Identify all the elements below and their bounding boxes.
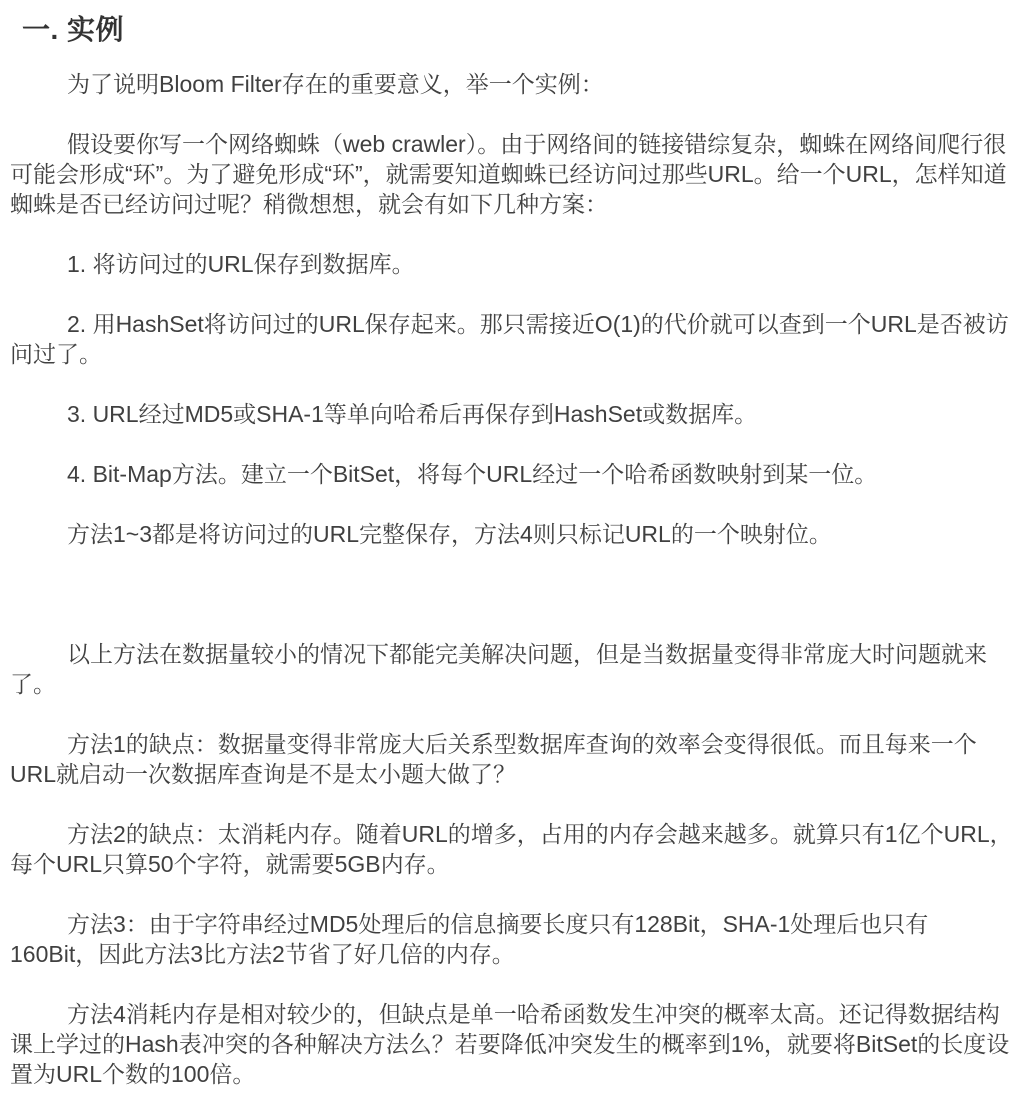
paragraph-method-4-drawback: 方法4消耗内存是相对较少的，但缺点是单一哈希函数发生冲突的概率太高。还记得数据结… [10,999,1015,1089]
paragraph-method-1: 1. 将访问过的URL保存到数据库。 [10,249,1015,279]
article: 一. 实例 为了说明Bloom Filter存在的重要意义，举一个实例： 假设要… [0,0,1033,1089]
paragraph-intro: 为了说明Bloom Filter存在的重要意义，举一个实例： [10,69,1015,99]
paragraph-crawler-example: 假设要你写一个网络蜘蛛（web crawler）。由于网络间的链接错综复杂，蜘蛛… [10,129,1015,219]
paragraph-method-3-drawback: 方法3：由于字符串经过MD5处理后的信息摘要长度只有128Bit，SHA-1处理… [10,909,1015,969]
section-heading: 一. 实例 [22,12,1015,48]
paragraph-methods-summary: 方法1~3都是将访问过的URL完整保存，方法4则只标记URL的一个映射位。 [10,519,1015,549]
page: { "page": { "background": "#ffffff", "bo… [0,0,1033,1096]
paragraph-blank [10,579,1015,609]
paragraph-method-4: 4. Bit-Map方法。建立一个BitSet，将每个URL经过一个哈希函数映射… [10,459,1015,489]
paragraph-scaling-problem: 以上方法在数据量较小的情况下都能完美解决问题，但是当数据量变得非常庞大时问题就来… [10,639,1015,699]
paragraph-method-1-drawback: 方法1的缺点：数据量变得非常庞大后关系型数据库查询的效率会变得很低。而且每来一个… [10,729,1015,789]
paragraph-method-3: 3. URL经过MD5或SHA-1等单向哈希后再保存到HashSet或数据库。 [10,399,1015,429]
paragraph-method-2: 2. 用HashSet将访问过的URL保存起来。那只需接近O(1)的代价就可以查… [10,309,1015,369]
paragraph-method-2-drawback: 方法2的缺点：太消耗内存。随着URL的增多，占用的内存会越来越多。就算只有1亿个… [10,819,1015,879]
